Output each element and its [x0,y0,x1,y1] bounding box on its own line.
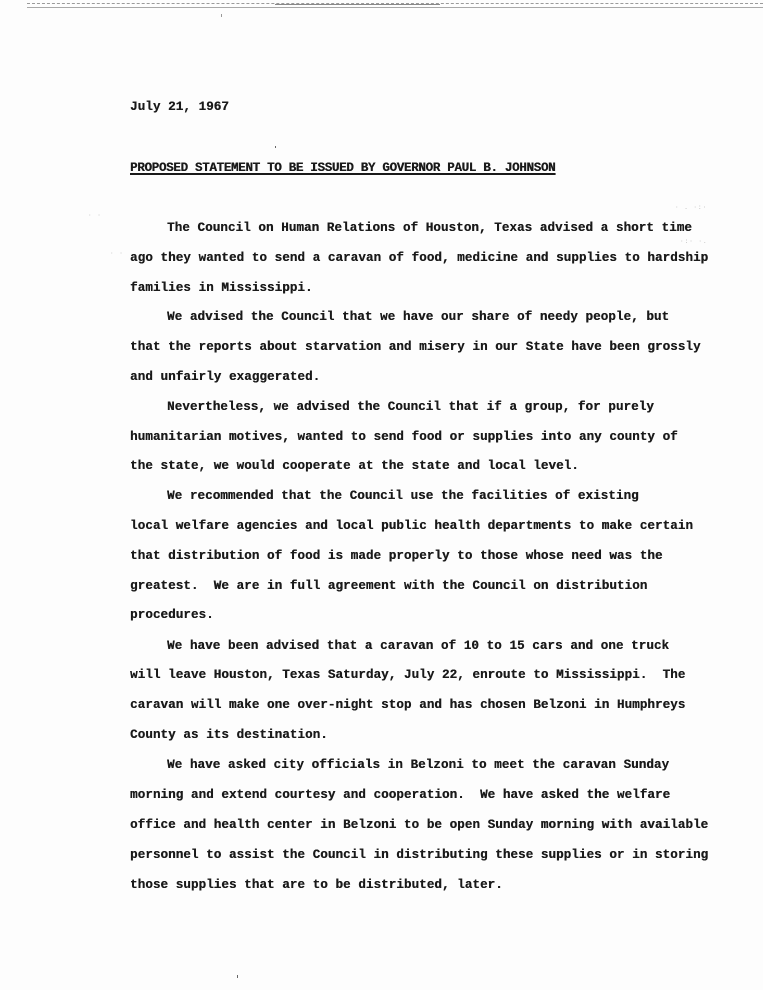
scan-top-edge-mark [275,4,440,5]
text-line: and unfairly exaggerated. [130,370,320,384]
document-date: July 21, 1967 [130,100,229,114]
text-line: We have been advised that a caravan of 1… [167,639,669,653]
scan-noise: · · [88,212,102,219]
text-line: morning and extend courtesy and cooperat… [130,788,670,802]
scan-speck [275,146,276,148]
text-line: those supplies that are to be distribute… [130,878,503,892]
text-line: We have asked city officials in Belzoni … [167,758,669,772]
text-line: that distribution of food is made proper… [130,549,663,563]
text-line: We recommended that the Council use the … [167,489,639,503]
text-line: humanitarian motives, wanted to send foo… [130,430,678,444]
text-line: that the reports about starvation and mi… [130,340,701,354]
text-line: will leave Houston, Texas Saturday, July… [130,668,685,682]
text-line: greatest. We are in full agreement with … [130,579,647,593]
document-title: PROPOSED STATEMENT TO BE ISSUED BY GOVER… [130,161,555,175]
text-line: the state, we would cooperate at the sta… [130,459,579,473]
text-line: The Council on Human Relations of Housto… [167,221,692,235]
text-line: Nevertheless, we advised the Council tha… [167,400,654,414]
scan-noise: · · [110,250,124,257]
text-line: procedures. [130,608,214,622]
scan-noise: ·:· ·. [680,238,708,245]
text-line: local welfare agencies and local public … [130,519,693,533]
text-line: We advised the Council that we have our … [167,310,669,324]
scan-noise: · . ·:· [675,204,707,211]
scan-speck [237,975,238,978]
text-line: office and health center in Belzoni to b… [130,818,708,832]
text-line: caravan will make one over-night stop an… [130,698,685,712]
text-line: families in Mississippi. [130,281,313,295]
scan-speck [221,14,222,17]
text-line: ago they wanted to send a caravan of foo… [130,251,708,265]
text-line: County as its destination. [130,728,328,742]
text-line: personnel to assist the Council in distr… [130,848,708,862]
